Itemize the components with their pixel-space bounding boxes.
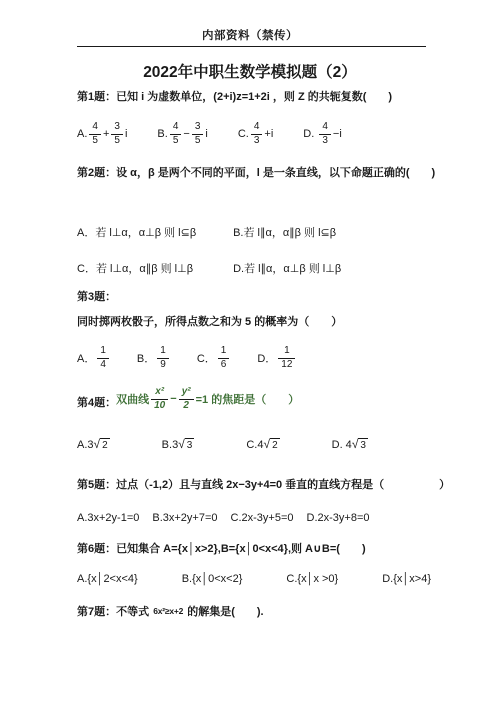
question-4-stem-math: 双曲线x²10−y²2=1 的焦距是（ ） [116, 386, 299, 412]
question-5-option-d: D.2x-3y+8=0 [307, 512, 370, 524]
question-2-options-row-1: A．若 l⊥α，α⊥β 则 l⊆β B.若 l∥α，α∥β 则 l⊆β [77, 224, 336, 240]
question-3-options: A．14 B．19 C．16 D．112 [77, 345, 297, 371]
question-3-option-a: A．14 [77, 345, 111, 371]
question-5-number: 第5题： [77, 479, 116, 491]
question-3-option-c: C．16 [197, 345, 232, 371]
question-1-option-b: B.45−35i [157, 121, 207, 147]
question-1-text: 已知 i 为虚数单位，(2+i)z=1+2i ，则 Z 的共轭复数( ) [116, 91, 392, 103]
question-1-number: 第1题： [77, 91, 116, 103]
question-1-option-d: D. 43−i [303, 121, 342, 147]
question-2-option-b: B.若 l∥α，α∥β 则 l⊆β [233, 227, 336, 239]
question-2-stem: 第2题：设 α，β 是两个不同的平面，l 是一条直线，以下命题正确的( ) [77, 164, 435, 180]
question-5-stem: 第5题：过点（-1,2）且与直线 2x−3y+4=0 垂直的直线方程是（ ） [77, 476, 450, 492]
question-6-option-c: C.{x│x >0} [286, 573, 338, 585]
question-2-number: 第2题： [77, 167, 116, 179]
exam-page: 内部资料（禁传） 2022年中职生数学模拟题（2） 第1题：已知 i 为虚数单位… [0, 0, 500, 707]
question-7-stem: 第7题：不等式 6x²≥x+2 的解集是( ). [77, 603, 264, 619]
question-6-options: A.{x│2<x<4} B.{x│0<x<2} C.{x│x >0} D.{x│… [77, 573, 431, 585]
question-6-option-d: D.{x│x>4} [382, 573, 431, 585]
question-6-stem: 第6题：已知集合 A={x│x>2},B={x│0<x<4},则 A∪B=( ) [77, 540, 366, 556]
question-4-option-a: A.3√2 [77, 438, 110, 452]
question-2-option-a: A．若 l⊥α，α⊥β 则 l⊆β [77, 224, 230, 240]
question-5-options: A.3x+2y-1=0 B.3x+2y+7=0 C.2x-3y+5=0 D.2x… [77, 512, 369, 524]
question-1-options: A.45+35i B.45−35i C.43+i D. 43−i [77, 121, 342, 147]
question-7-number: 第7题： [77, 603, 116, 619]
question-4-option-d: D. 4√3 [332, 438, 368, 452]
question-2-option-d: D.若 l∥α，α⊥β 则 l⊥β [233, 263, 341, 275]
question-4-options: A.3√2 B.3√3 C.4√2 D. 4√3 [77, 438, 368, 452]
question-4-option-b: B.3√3 [162, 438, 195, 452]
question-1-option-a: A.45+35i [77, 121, 127, 147]
question-6-option-a: A.{x│2<x<4} [77, 573, 138, 585]
question-1-stem: 第1题：已知 i 为虚数单位，(2+i)z=1+2i ，则 Z 的共轭复数( ) [77, 88, 392, 104]
question-4-stem: 第4题： 双曲线x²10−y²2=1 的焦距是（ ） [77, 386, 299, 412]
question-5-option-a: A.3x+2y-1=0 [77, 512, 139, 524]
question-2-option-c: C．若 l⊥α，α∥β 则 l⊥β [77, 260, 230, 276]
question-4-option-c: C.4√2 [246, 438, 279, 452]
exam-title: 2022年中职生数学模拟题（2） [0, 60, 500, 82]
question-6-text: 已知集合 A={x│x>2},B={x│0<x<4},则 A∪B=( ) [116, 543, 366, 555]
question-7-stem-math: 不等式 6x²≥x+2 的解集是( ). [116, 603, 263, 619]
header-rule [77, 46, 426, 47]
question-6-number: 第6题： [77, 543, 116, 555]
question-5-text: 过点（-1,2）且与直线 2x−3y+4=0 垂直的直线方程是（ ） [116, 479, 450, 491]
question-2-options-row-2: C．若 l⊥α，α∥β 则 l⊥β D.若 l∥α，α⊥β 则 l⊥β [77, 260, 341, 276]
question-5-option-c: C.2x-3y+5=0 [231, 512, 294, 524]
question-3-stem: 同时掷两枚骰子，所得点数之和为 5 的概率为（ ） [77, 313, 342, 329]
header-notice: 内部资料（禁传） [0, 27, 500, 43]
question-3-number: 第3题： [77, 288, 116, 304]
question-4-number: 第4题： [77, 394, 116, 410]
question-3-option-d: D．112 [257, 345, 297, 371]
question-5-option-b: B.3x+2y+7=0 [152, 512, 217, 524]
question-6-option-b: B.{x│0<x<2} [182, 573, 243, 585]
question-1-option-c: C.43+i [238, 121, 273, 147]
question-2-text: 设 α，β 是两个不同的平面，l 是一条直线，以下命题正确的( ) [116, 167, 435, 179]
question-3-option-b: B．19 [137, 345, 171, 371]
